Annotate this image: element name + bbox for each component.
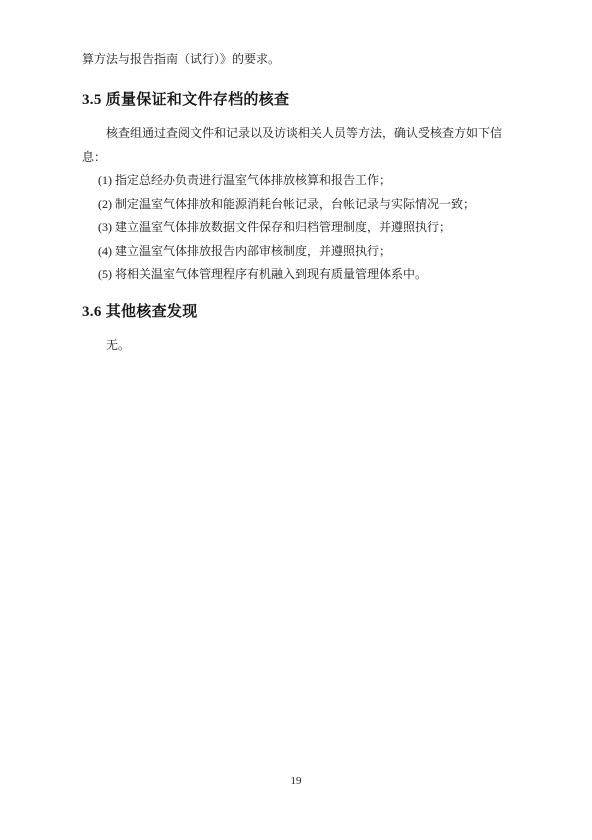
finding-item: (4) 建立温室气体排放报告内部审核制度，并遵照执行； [98,240,510,264]
section-3-5-heading: 3.5 质量保证和文件存档的核查 [82,90,510,110]
section-3-6-heading: 3.6 其他核查发现 [82,302,510,322]
section-3-6-body: 无。 [82,334,510,358]
finding-item: (1) 指定总经办负责进行温室气体排放核算和报告工作； [98,169,510,193]
document-page: 算方法与报告指南（试行）》的要求。 3.5 质量保证和文件存档的核查 核查组通过… [0,0,592,840]
page-number: 19 [0,774,592,788]
finding-item: (2) 制定温室气体排放和能源消耗台帐记录，台帐记录与实际情况一致； [98,193,510,217]
finding-item: (5) 将相关温室气体管理程序有机融入到现有质量管理体系中。 [98,263,510,287]
finding-item: (3) 建立温室气体排放数据文件保存和归档管理制度，并遵照执行； [98,216,510,240]
paragraph-continuation: 算方法与报告指南（试行）》的要求。 [82,0,510,68]
section-3-5-intro-paragraph: 核查组通过查阅文件和记录以及访谈相关人员等方法，确认受核查方如下信息： [82,122,510,169]
section-3-5-finding-list: (1) 指定总经办负责进行温室气体排放核算和报告工作； (2) 制定温室气体排放… [82,169,510,287]
page-content: 算方法与报告指南（试行）》的要求。 3.5 质量保证和文件存档的核查 核查组通过… [82,0,510,357]
